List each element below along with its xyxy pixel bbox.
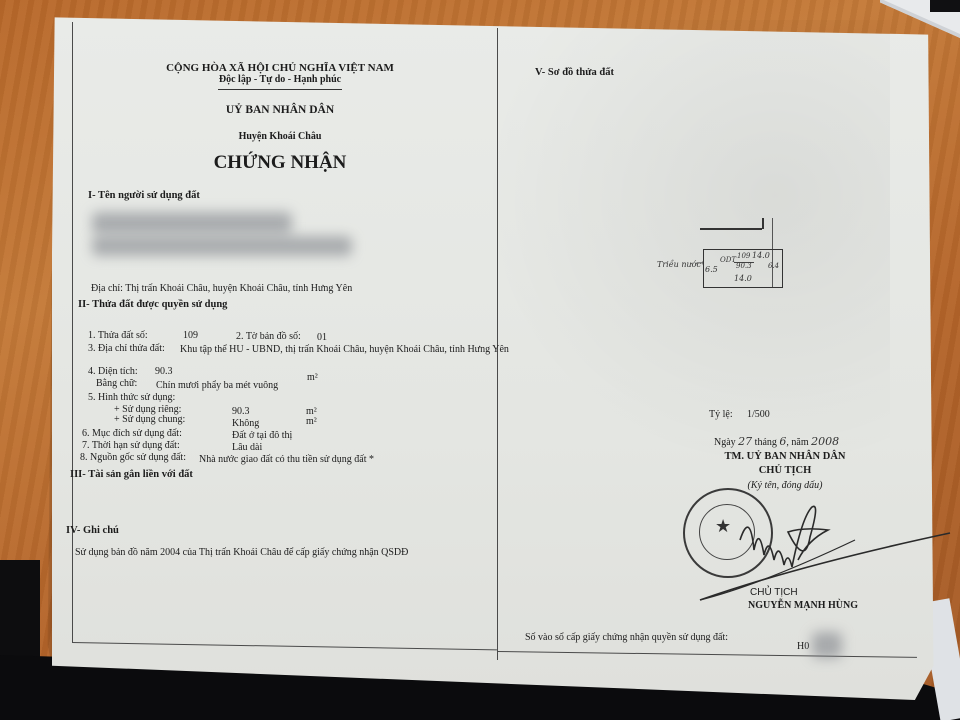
diagram-bottom-length: 14.0 <box>734 274 752 283</box>
diagram-parcel-number: 109 <box>737 252 750 260</box>
certificate-title: CHỨNG NHẬN <box>150 152 410 174</box>
diagram-right-length: 6.4 <box>768 262 779 270</box>
area-label: 4. Diện tích: <box>88 366 138 377</box>
note-text: Sử dụng bản đồ năm 2004 của Thị trấn Kho… <box>75 547 408 558</box>
diagram-top-length: 14.0 <box>752 251 770 260</box>
month-label: tháng <box>755 437 777 448</box>
section-1-heading: I- Tên người sử dụng đất <box>88 190 200 201</box>
redacted-owner-details <box>92 236 352 256</box>
purpose-label: 6. Mục đích sử dụng đất: <box>82 428 182 439</box>
area-value: 90.3 <box>155 366 173 377</box>
redacted-owner-name <box>92 212 292 234</box>
committee-heading: UỶ BAN NHÂN DÂN <box>150 104 410 116</box>
usage-form-label: 5. Hình thức sử dụng: <box>88 392 175 403</box>
map-sheet-number: 01 <box>317 332 327 343</box>
issue-date: Ngày 27 tháng 6, năm 2008 <box>714 435 839 448</box>
diagram-area: 90.3 <box>736 262 752 270</box>
section-3-heading: III- Tài sản gắn liền với đất <box>70 469 193 480</box>
register-label: Số vào sổ cấp giấy chứng nhận quyền sử d… <box>525 632 728 643</box>
term-label: 7. Thời hạn sử dụng đất: <box>82 440 180 451</box>
frame-left <box>72 22 73 642</box>
section-5-heading: V- Sơ đồ thửa đất <box>535 67 614 78</box>
address-line: Địa chỉ: Thị trấn Khoái Châu, huyện Khoá… <box>91 283 352 294</box>
address-value: Thị trấn Khoái Châu, huyện Khoái Châu, t… <box>125 283 352 294</box>
date-day: 27 <box>738 435 752 448</box>
neighbor-parcel-side <box>762 218 764 229</box>
republic-heading: CỘNG HÒA XÃ HỘI CHỦ NGHĨA VIỆT NAM <box>150 62 410 74</box>
origin-label: 8. Nguồn gốc sử dụng đất: <box>80 452 186 463</box>
map-sheet-label: 2. Tờ bản đồ số: <box>236 331 301 342</box>
origin-value: Nhà nước giao đất có thu tiền sử dụng đấ… <box>199 454 374 465</box>
area-in-words: Chín mươi phẩy ba mét vuông <box>156 380 278 391</box>
in-words-label: Bằng chữ: <box>96 378 137 389</box>
date-prefix: Ngày <box>714 437 736 448</box>
private-use-value: 90.3 <box>232 406 250 417</box>
parcel-address-label: 3. Địa chỉ thửa đất: <box>88 343 165 354</box>
device-edge <box>930 0 960 12</box>
signer-role-2: CHỦ TỊCH <box>750 587 798 598</box>
motto-underline <box>218 89 342 90</box>
arrow-icon: → <box>696 258 704 269</box>
purpose-value: Đất ở tại đô thị <box>232 430 292 441</box>
shared-use-unit: m² <box>306 416 317 427</box>
area-unit: m² <box>307 372 318 383</box>
district-name: Huyện Khoái Châu <box>150 131 410 142</box>
term-value: Lâu dài <box>232 442 262 453</box>
year-label: , năm <box>786 437 808 448</box>
signer-organization: TM. UỶ BAN NHÂN DÂN <box>700 451 870 462</box>
diagram-side-label: Triều nước <box>657 260 701 269</box>
parcel-number-label: 1. Thửa đất số: <box>88 330 148 341</box>
neighbor-parcel-bottom <box>700 228 762 230</box>
shared-use-label: + Sử dụng chung: <box>114 414 185 425</box>
parcel-address: Khu tập thể HU - UBND, thị trấn Khoái Ch… <box>180 344 509 355</box>
parcel-number: 109 <box>183 330 198 341</box>
redacted-register-number <box>812 632 842 658</box>
register-number: H0 <box>797 641 809 652</box>
shared-use-value: Không <box>232 418 259 429</box>
address-label: Địa chỉ: <box>91 283 123 294</box>
signature-icon <box>680 470 960 610</box>
diagram-left-length: 6.5 <box>705 265 718 274</box>
scale-label: Tỷ lệ: <box>709 409 733 420</box>
motto: Độc lập - Tự do - Hạnh phúc <box>150 74 410 85</box>
section-4-heading: IV- Ghi chú <box>66 525 119 536</box>
date-year: 2008 <box>811 435 839 448</box>
section-2-heading: II- Thửa đất được quyền sử dụng <box>78 299 227 310</box>
signer-name: NGUYỄN MẠNH HÙNG <box>748 600 858 611</box>
scale-value: 1/500 <box>747 409 770 420</box>
